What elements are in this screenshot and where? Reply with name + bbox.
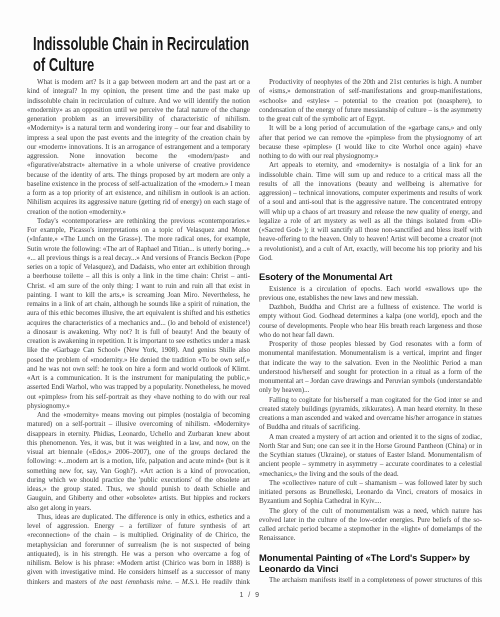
paragraph: Productivity of neophytes of the 20th an…: [259, 78, 482, 124]
paragraph: The «collective» nature of cult – shaman…: [259, 479, 482, 507]
section-heading-esotery: Esotery of the Monumental Art: [259, 271, 482, 282]
text-columns: What is modern art? Is it a gap between …: [27, 78, 483, 584]
underlined-phrase: the past: [99, 578, 122, 585]
paragraph: Prosperity of those peoples blessed by G…: [259, 340, 482, 396]
right-column: Productivity of neophytes of the 20th an…: [259, 78, 482, 584]
paragraph: And the «modernity» means moving out pim…: [27, 411, 250, 513]
paragraph: What is modern art? Is it a gap between …: [27, 78, 250, 217]
paragraph: Dazhboh, Buddha and Christ are a fullnes…: [259, 303, 482, 340]
paragraph: Today's «contemporaries» are rethinking …: [27, 217, 250, 411]
paragraph: The archaism manifests itself in a compl…: [259, 576, 482, 584]
paragraph: Thus, ideas are duplicated. The differen…: [27, 513, 250, 584]
page-title: Indissoluble Chain in Recirculation of C…: [33, 34, 299, 76]
paragraph-text: Thus, ideas are duplicated. The differen…: [27, 513, 250, 584]
paragraph: It will be a long period of accumulation…: [259, 124, 482, 161]
page-title-line-2: of Culture: [33, 55, 299, 76]
section-heading-lords-supper: Monumental Painting of «The Lord's Suppe…: [259, 552, 482, 574]
paragraph: Art appeals to eternity, and «modernity»…: [259, 161, 482, 263]
document-page: Indissoluble Chain in Recirculation of C…: [0, 0, 500, 617]
left-column: What is modern art? Is it a gap between …: [27, 78, 250, 584]
paragraph: Falling to cogitate for his/herself a ma…: [259, 396, 482, 433]
paragraph: Existence is a circulation of epochs. Ea…: [259, 285, 482, 304]
page-title-line-1: Indissoluble Chain in Recirculation: [33, 34, 299, 55]
paragraph: A man created a mystery of art action an…: [259, 433, 482, 479]
paragraph: The glory of the cult of monumentalism w…: [259, 507, 482, 544]
page-number: 1 / 9: [0, 592, 500, 599]
italic-phrase: (emphasis mine. – M.S.): [122, 578, 197, 585]
